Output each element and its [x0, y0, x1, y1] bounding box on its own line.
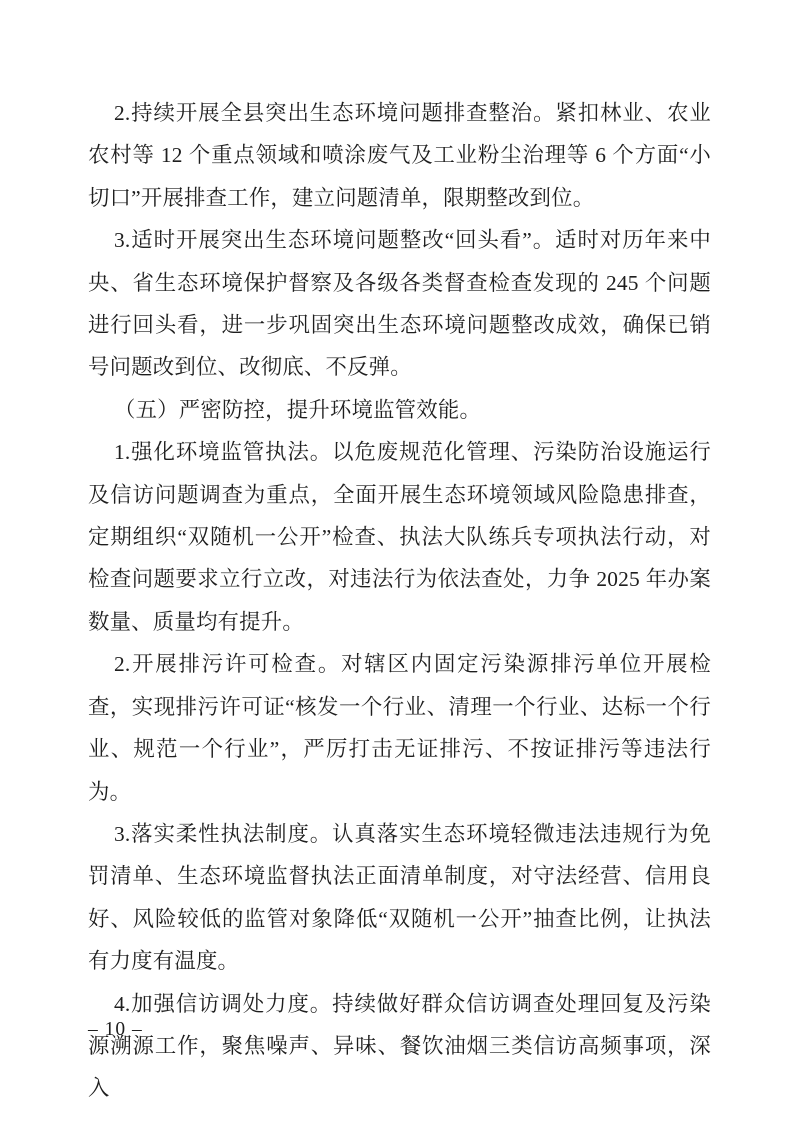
page-number: – 10 – [88, 1018, 143, 1042]
paragraph-item-3-huitoukan: 3.适时开展突出生态环境问题整改“回头看”。适时对历年来中央、省生态环境保护督察… [88, 219, 711, 389]
paragraph-item-3-rouxing-zhifa: 3.落实柔性执法制度。认真落实生态环境轻微违法违规行为免罚清单、生态环境监督执法… [88, 813, 711, 983]
paragraph-item-2-paicha: 2.持续开展全县突出生态环境问题排查整治。紧扣林业、农业农村等 12 个重点领域… [88, 92, 711, 219]
paragraph-item-1-jianguan-zhifa: 1.强化环境监管执法。以危废规范化管理、污染防治设施运行及信访问题调查为重点，全… [88, 431, 711, 643]
document-body: 2.持续开展全县突出生态环境问题排查整治。紧扣林业、农业农村等 12 个重点领域… [88, 92, 711, 1110]
document-page: 2.持续开展全县突出生态环境问题排查整治。紧扣林业、农业农村等 12 个重点领域… [0, 0, 793, 1122]
section-heading-wu: （五）严密防控，提升环境监管效能。 [88, 389, 711, 431]
paragraph-item-4-xinfang-diaochu: 4.加强信访调处力度。持续做好群众信访调查处理回复及污染源溯源工作，聚焦噪声、异… [88, 983, 711, 1110]
paragraph-item-2-paiwu-xuke: 2.开展排污许可检查。对辖区内固定污染源排污单位开展检查，实现排污许可证“核发一… [88, 643, 711, 813]
